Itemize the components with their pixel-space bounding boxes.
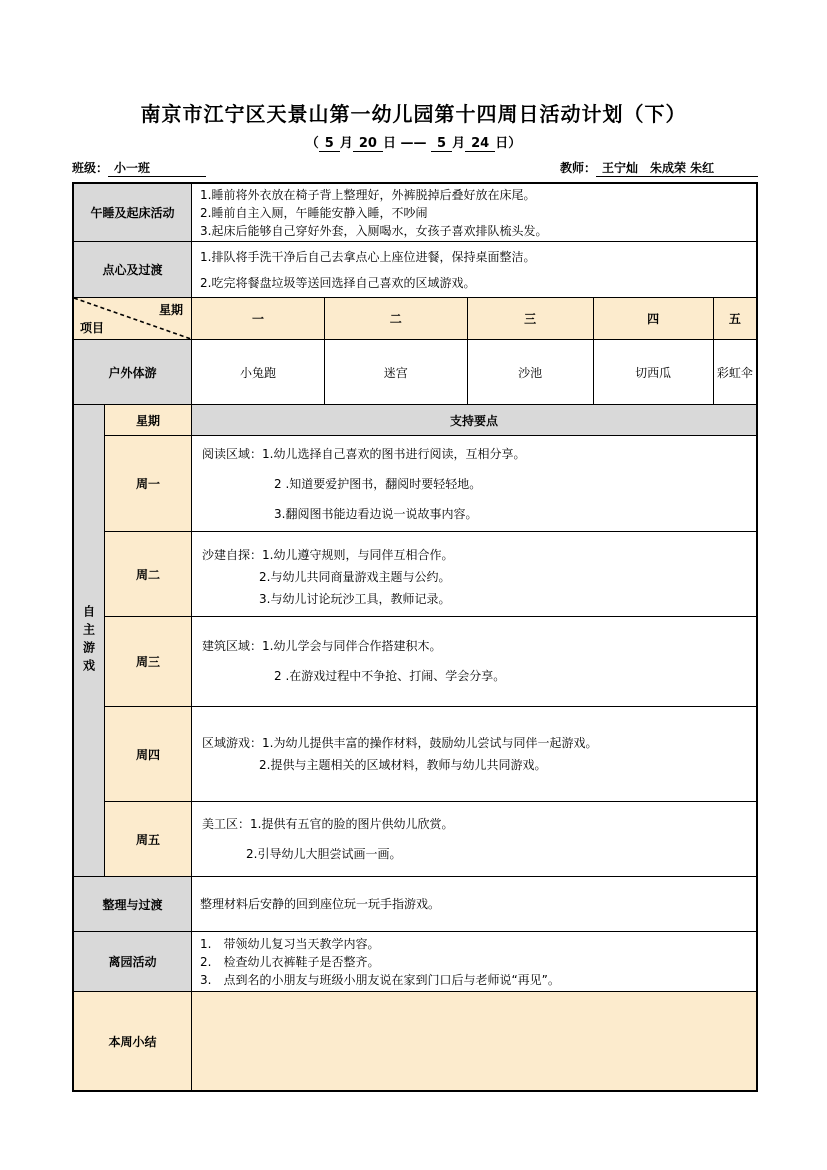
- free-play-line: 建筑区域：1.幼儿学会与同伴合作搭建积木。: [202, 631, 746, 661]
- table-row-outdoor: 户外体游 小兔跑 迷宫 沙池 切西瓜 彩虹伞: [74, 339, 756, 404]
- nap-content: 1.睡前将外衣放在椅子背上整理好，外裤脱掉后叠好放在床尾。 2.睡前自主入厕，午…: [192, 184, 756, 241]
- free-play-points-header: 支持要点: [192, 405, 756, 435]
- date-month-1: 5: [319, 136, 340, 152]
- corner-item-label: 项目: [80, 319, 104, 336]
- date-month-unit-1: 月: [340, 136, 353, 151]
- free-play-day-label: 周五: [105, 802, 192, 876]
- free-play-side-text: 自主游戏: [81, 605, 98, 677]
- day-header-tue: 二: [325, 298, 468, 339]
- free-play-header-row: 星期 支持要点: [105, 405, 756, 435]
- class-value: 小一班: [108, 159, 206, 177]
- day-header-thu: 四: [594, 298, 714, 339]
- class-label: 班级：: [72, 161, 108, 175]
- free-play-day-label: 周四: [105, 707, 192, 801]
- free-play-main: 星期 支持要点 周一 阅读区域：1.幼儿选择自己喜欢的图书进行阅读，互相分享。 …: [105, 405, 756, 876]
- date-day-unit-2: 日）: [495, 136, 521, 151]
- teacher-label: 教师：: [560, 161, 596, 175]
- leave-line: 2. 检查幼儿衣裤鞋子是否整齐。: [200, 953, 748, 971]
- free-play-line: 沙建自探：1.幼儿遵守规则，与同伴互相合作。: [202, 544, 746, 566]
- free-play-content: 区域游戏：1.为幼儿提供丰富的操作材料，鼓励幼儿尝试与同伴一起游戏。 2.提供与…: [192, 707, 756, 801]
- nap-line: 1.睡前将外衣放在椅子背上整理好，外裤脱掉后叠好放在床尾。: [200, 186, 748, 204]
- free-play-line: 区域游戏：1.为幼儿提供丰富的操作材料，鼓励幼儿尝试与同伴一起游戏。: [202, 732, 746, 754]
- class-field: 班级：小一班: [72, 159, 206, 177]
- snack-content: 1.排队将手洗干净后自己去拿点心上座位进餐，保持桌面整洁。 2.吃完将餐盘垃圾等…: [192, 242, 756, 297]
- free-play-day-label: 周一: [105, 436, 192, 531]
- teacher-field: 教师：王宁灿 朱成荣 朱红: [560, 159, 758, 177]
- free-play-day-label: 周三: [105, 617, 192, 706]
- free-play-content: 美工区：1.提供有五官的脸的图片供幼儿欣赏。 2.引导幼儿大胆尝试画一画。: [192, 802, 756, 876]
- free-play-line: 3.与幼儿讨论玩沙工具，教师记录。: [202, 588, 746, 610]
- corner-week-label: 星期: [159, 301, 183, 318]
- summary-content: [192, 992, 756, 1090]
- activity-plan-table: 午睡及起床活动 1.睡前将外衣放在椅子背上整理好，外裤脱掉后叠好放在床尾。 2.…: [72, 182, 758, 1092]
- summary-label: 本周小结: [74, 992, 192, 1090]
- date-dash: ——: [401, 136, 427, 151]
- outdoor-fri: 彩虹伞: [714, 340, 756, 404]
- leave-line: 3. 点到名的小朋友与班级小朋友说在家到门口后与老师说“再见”。: [200, 971, 748, 989]
- tidy-label: 整理与过渡: [74, 877, 192, 931]
- free-play-row-fri: 周五 美工区：1.提供有五官的脸的图片供幼儿欣赏。 2.引导幼儿大胆尝试画一画。: [105, 801, 756, 876]
- snack-line: 1.排队将手洗干净后自己去拿点心上座位进餐，保持桌面整洁。: [200, 244, 748, 270]
- free-play-row-wed: 周三 建筑区域：1.幼儿学会与同伴合作搭建积木。 2 .在游戏过程中不争抢、打闹…: [105, 616, 756, 706]
- free-play-line: 2 .知道要爱护图书，翻阅时要轻轻地。: [202, 469, 746, 499]
- teacher-value: 王宁灿 朱成荣 朱红: [596, 159, 758, 177]
- free-play-block: 自主游戏 星期 支持要点 周一 阅读区域：1.幼儿选择自己喜欢的图书进行阅读，互…: [74, 404, 756, 876]
- meta-row: 班级：小一班 教师：王宁灿 朱成荣 朱红: [72, 159, 758, 177]
- day-header-mon: 一: [192, 298, 325, 339]
- table-row-weekday-header: 星期 项目 一 二 三 四 五: [74, 297, 756, 339]
- corner-cell: 星期 项目: [74, 298, 192, 339]
- free-play-week-header: 星期: [105, 405, 192, 435]
- day-header-fri: 五: [714, 298, 756, 339]
- leave-line: 1. 带领幼儿复习当天教学内容。: [200, 935, 748, 953]
- free-play-content: 沙建自探：1.幼儿遵守规则，与同伴互相合作。 2.与幼儿共同商量游戏主题与公约。…: [192, 532, 756, 616]
- outdoor-label: 户外体游: [74, 340, 192, 404]
- outdoor-wed: 沙池: [468, 340, 594, 404]
- free-play-line: 3.翻阅图书能边看边说一说故事内容。: [202, 499, 746, 529]
- free-play-day-label: 周二: [105, 532, 192, 616]
- free-play-line: 2 .在游戏过程中不争抢、打闹、学会分享。: [202, 661, 746, 691]
- free-play-row-tue: 周二 沙建自探：1.幼儿遵守规则，与同伴互相合作。 2.与幼儿共同商量游戏主题与…: [105, 531, 756, 616]
- free-play-side-label: 自主游戏: [74, 405, 105, 876]
- free-play-line: 2.提供与主题相关的区域材料，教师与幼儿共同游戏。: [202, 754, 746, 776]
- free-play-line: 2.引导幼儿大胆尝试画一画。: [202, 839, 746, 869]
- date-day-unit-1: 日: [383, 136, 396, 151]
- date-month-unit-2: 月: [452, 136, 465, 151]
- document-page: 南京市江宁区天景山第一幼儿园第十四周日活动计划（下） （5月20日 —— 5月2…: [0, 0, 827, 1170]
- free-play-line: 阅读区域：1.幼儿选择自己喜欢的图书进行阅读，互相分享。: [202, 439, 746, 469]
- free-play-content: 建筑区域：1.幼儿学会与同伴合作搭建积木。 2 .在游戏过程中不争抢、打闹、学会…: [192, 617, 756, 706]
- nap-line: 2.睡前自主入厕，午睡能安静入睡，不吵闹: [200, 204, 748, 222]
- free-play-line: 2.与幼儿共同商量游戏主题与公约。: [202, 566, 746, 588]
- date-open: （: [306, 136, 319, 151]
- outdoor-mon: 小兔跑: [192, 340, 325, 404]
- tidy-content: 整理材料后安静的回到座位玩一玩手指游戏。: [192, 877, 756, 931]
- snack-line: 2.吃完将餐盘垃圾等送回选择自己喜欢的区域游戏。: [200, 270, 748, 296]
- table-row-nap: 午睡及起床活动 1.睡前将外衣放在椅子背上整理好，外裤脱掉后叠好放在床尾。 2.…: [74, 184, 756, 241]
- table-row-snack: 点心及过渡 1.排队将手洗干净后自己去拿点心上座位进餐，保持桌面整洁。 2.吃完…: [74, 241, 756, 297]
- table-row-summary: 本周小结: [74, 991, 756, 1090]
- date-day-1: 20: [353, 136, 383, 152]
- leave-label: 离园活动: [74, 932, 192, 991]
- date-day-2: 24: [465, 136, 495, 152]
- nap-line: 3.起床后能够自己穿好外套，入厕喝水，女孩子喜欢排队梳头发。: [200, 222, 748, 240]
- free-play-row-thu: 周四 区域游戏：1.为幼儿提供丰富的操作材料，鼓励幼儿尝试与同伴一起游戏。 2.…: [105, 706, 756, 801]
- table-row-leave: 离园活动 1. 带领幼儿复习当天教学内容。 2. 检查幼儿衣裤鞋子是否整齐。 3…: [74, 931, 756, 991]
- snack-label: 点心及过渡: [74, 242, 192, 297]
- free-play-line: 美工区：1.提供有五官的脸的图片供幼儿欣赏。: [202, 809, 746, 839]
- outdoor-tue: 迷宫: [325, 340, 468, 404]
- outdoor-thu: 切西瓜: [594, 340, 714, 404]
- date-month-2: 5: [431, 136, 452, 152]
- page-title: 南京市江宁区天景山第一幼儿园第十四周日活动计划（下）: [0, 0, 827, 127]
- leave-content: 1. 带领幼儿复习当天教学内容。 2. 检查幼儿衣裤鞋子是否整齐。 3. 点到名…: [192, 932, 756, 991]
- nap-label: 午睡及起床活动: [74, 184, 192, 241]
- free-play-row-mon: 周一 阅读区域：1.幼儿选择自己喜欢的图书进行阅读，互相分享。 2 .知道要爱护…: [105, 435, 756, 531]
- date-range: （5月20日 —— 5月24日）: [0, 132, 827, 151]
- day-header-wed: 三: [468, 298, 594, 339]
- tidy-line: 整理材料后安静的回到座位玩一玩手指游戏。: [200, 895, 748, 913]
- free-play-content: 阅读区域：1.幼儿选择自己喜欢的图书进行阅读，互相分享。 2 .知道要爱护图书，…: [192, 436, 756, 531]
- table-row-tidy: 整理与过渡 整理材料后安静的回到座位玩一玩手指游戏。: [74, 876, 756, 931]
